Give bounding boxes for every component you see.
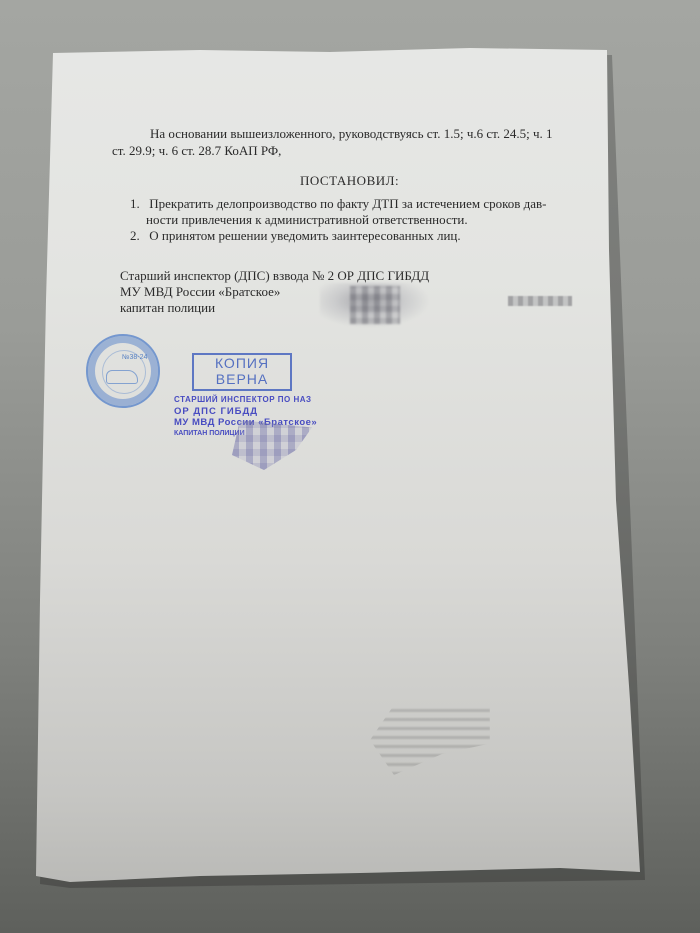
copy-stamp-line-2: ВЕРНА	[194, 371, 290, 387]
redacted-signature	[320, 283, 430, 328]
inspector-stamp-line-1: СТАРШИЙ ИНСПЕКТОР ПО НАЗ	[174, 395, 312, 404]
signatory-department: МУ МВД России «Братское»	[120, 284, 280, 299]
item-text: О принятом решении уведомить заинтересов…	[149, 228, 460, 243]
resolution-item-2: 2. О принятом решении уведомить заинтере…	[130, 228, 461, 243]
seal-number: №38-24	[122, 354, 147, 361]
inspector-stamp-line-2: ОР ДПС ГИБДД	[174, 406, 258, 417]
car-icon	[106, 370, 138, 384]
resolution-item-1: 1. Прекратить делопроизводство по факту …	[130, 196, 547, 211]
inspector-stamp-line-4: КАПИТАН ПОЛИЦИИ	[174, 430, 245, 437]
copy-certified-stamp: КОПИЯ ВЕРНА	[192, 353, 292, 391]
round-seal: №38-24	[86, 334, 160, 408]
signatory-rank: капитан полиции	[120, 300, 215, 315]
item-text: Прекратить делопроизводство по факту ДТП…	[149, 196, 546, 211]
copy-stamp-line-1: КОПИЯ	[194, 355, 290, 371]
item-number: 2.	[130, 228, 146, 243]
redacted-name	[508, 296, 572, 306]
resolution-item-1-continued: ности привлечения к административной отв…	[146, 212, 468, 227]
item-number: 1.	[130, 196, 146, 211]
preamble-line-1: На основании вышеизложенного, руководств…	[150, 126, 553, 141]
resolution-heading: ПОСТАНОВИЛ:	[300, 173, 399, 188]
signatory-title: Старший инспектор (ДПС) взвода № 2 ОР ДП…	[120, 268, 429, 283]
preamble-line-2: ст. 29.9; ч. 6 ст. 28.7 КоАП РФ,	[112, 143, 281, 158]
